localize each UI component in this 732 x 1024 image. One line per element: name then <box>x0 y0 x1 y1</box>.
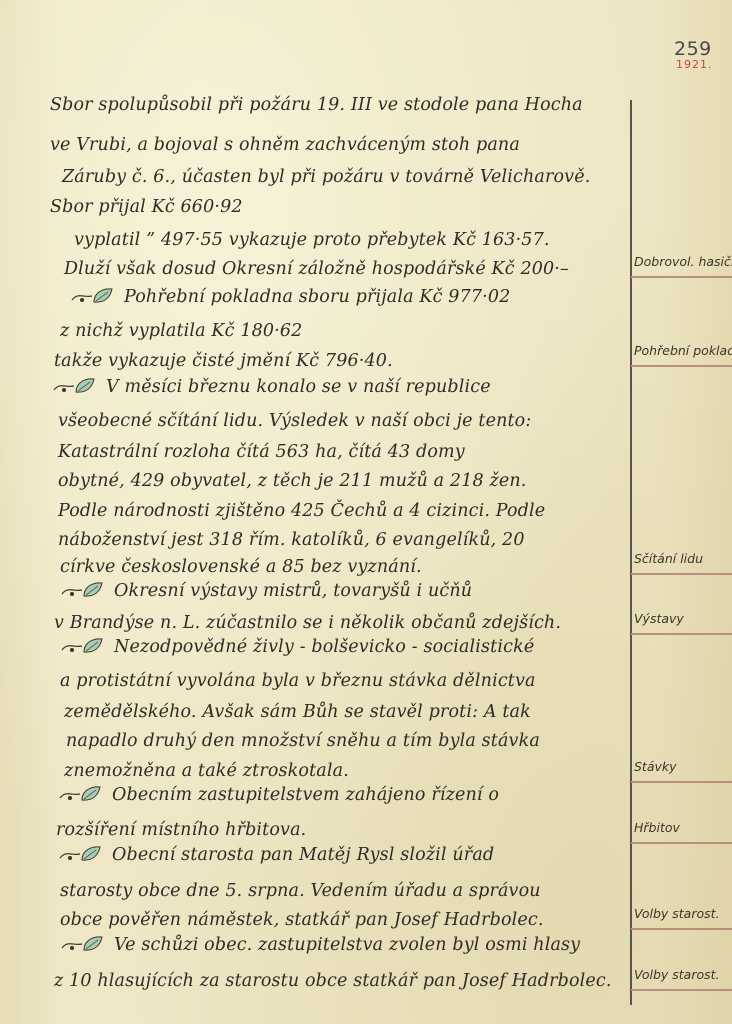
entry-text: V měsíci březnu konalo se v naší republi… <box>106 377 491 397</box>
text-line: znemožněna a také ztroskotala. <box>64 761 349 781</box>
text-line: Sbor spolupůsobil při požáru 19. III ve … <box>50 95 583 115</box>
text-line: církve československé a 85 bez vyznání. <box>60 557 422 577</box>
text-line: z 10 hlasujících za starostu obce statká… <box>54 971 612 991</box>
entry-text: Pohřební pokladna sboru přijala Kč 977·0… <box>124 287 510 307</box>
text-line: z nichž vyplatila Kč 180·62 <box>60 321 302 341</box>
text-line: vyplatil ” 497·55 vykazuje proto přebyte… <box>74 230 550 250</box>
entry-start-line: Nezodpovědné živly - bolševicko - social… <box>60 637 534 658</box>
text-line: napadlo druhý den množství sněhu a tím b… <box>66 731 540 751</box>
text-line: v Brandýse n. L. zúčastnilo se i několik… <box>54 613 561 633</box>
entry-start-line: Okresní výstavy mistrů, tovaryšů i učňů <box>60 581 472 602</box>
text-line: obce pověřen náměstek, statkář pan Josef… <box>60 910 544 930</box>
margin-label-mayor-resignation: Volby starost. <box>631 906 732 930</box>
text-line: Sbor přijal Kč 660·92 <box>50 197 243 217</box>
text-line: Dluží však dosud Okresní záložně hospodá… <box>64 259 569 279</box>
leaf-ornament-icon <box>70 286 116 306</box>
entry-text: Nezodpovědné živly - bolševicko - social… <box>114 637 534 657</box>
leaf-ornament-icon <box>58 784 104 804</box>
margin-label-funeral-fund: Pohřební pokladna <box>631 343 732 367</box>
margin-label-fire-brigade: Dobrovol. hasiči <box>631 254 732 278</box>
text-line: rozšíření místního hřbitova. <box>56 820 306 840</box>
text-line: náboženství jest 318 řím. katolíků, 6 ev… <box>58 530 525 550</box>
entry-start-line: V měsíci březnu konalo se v naší republi… <box>52 377 491 398</box>
leaf-ornament-icon <box>52 376 98 396</box>
margin-label-strikes: Stávky <box>631 759 732 783</box>
text-line: ve Vrubi, a bojoval s ohněm zachváceným … <box>50 135 520 155</box>
text-line: obytné, 429 obyvatel, z těch je 211 mužů… <box>58 471 527 491</box>
text-line: všeobecné sčítání lidu. Výsledek v naší … <box>58 411 531 431</box>
chronicle-page: 259 1921. Sbor spolupůsobil při požáru 1… <box>0 0 732 1024</box>
entry-text: Okresní výstavy mistrů, tovaryšů i učňů <box>114 581 472 601</box>
leaf-ornament-icon <box>58 844 104 864</box>
margin-label-census: Sčítání lidu <box>631 551 732 575</box>
entry-start-line: Pohřební pokladna sboru přijala Kč 977·0… <box>70 287 510 308</box>
entry-start-line: Obecním zastupitelstvem zahájeno řízení … <box>58 785 499 806</box>
entry-text: Obecní starosta pan Matěj Rysl složil úř… <box>112 845 494 865</box>
margin-label-cemetery: Hřbitov <box>631 820 732 844</box>
entry-start-line: Ve schůzi obec. zastupitelstva zvolen by… <box>60 935 580 956</box>
entry-text: Ve schůzi obec. zastupitelstva zvolen by… <box>114 935 580 955</box>
entry-text: Obecním zastupitelstvem zahájeno řízení … <box>112 785 499 805</box>
text-line: starosty obce dne 5. srpna. Vedením úřad… <box>60 881 541 901</box>
text-line: Záruby č. 6., účasten byl při požáru v t… <box>62 167 590 187</box>
text-line: takže vykazuje čisté jmění Kč 796·40. <box>54 351 393 371</box>
entry-start-line: Obecní starosta pan Matěj Rysl složil úř… <box>58 845 494 866</box>
text-line: Katastrální rozloha čítá 563 ha, čítá 43… <box>58 442 465 462</box>
text-line: zemědělského. Avšak sám Bůh se stavěl pr… <box>64 702 531 722</box>
text-line: Podle národnosti zjištěno 425 Čechů a 4 … <box>58 501 545 521</box>
text-line: a protistátní vyvolána byla v březnu stá… <box>60 671 536 691</box>
year-stamp: 1921. <box>676 58 713 71</box>
margin-label-mayor-election: Volby starost. <box>631 967 732 991</box>
leaf-ornament-icon <box>60 636 106 656</box>
margin-label-exhibitions: Výstavy <box>631 611 732 635</box>
page-number: 259 <box>674 38 712 60</box>
leaf-ornament-icon <box>60 580 106 600</box>
leaf-ornament-icon <box>60 934 106 954</box>
